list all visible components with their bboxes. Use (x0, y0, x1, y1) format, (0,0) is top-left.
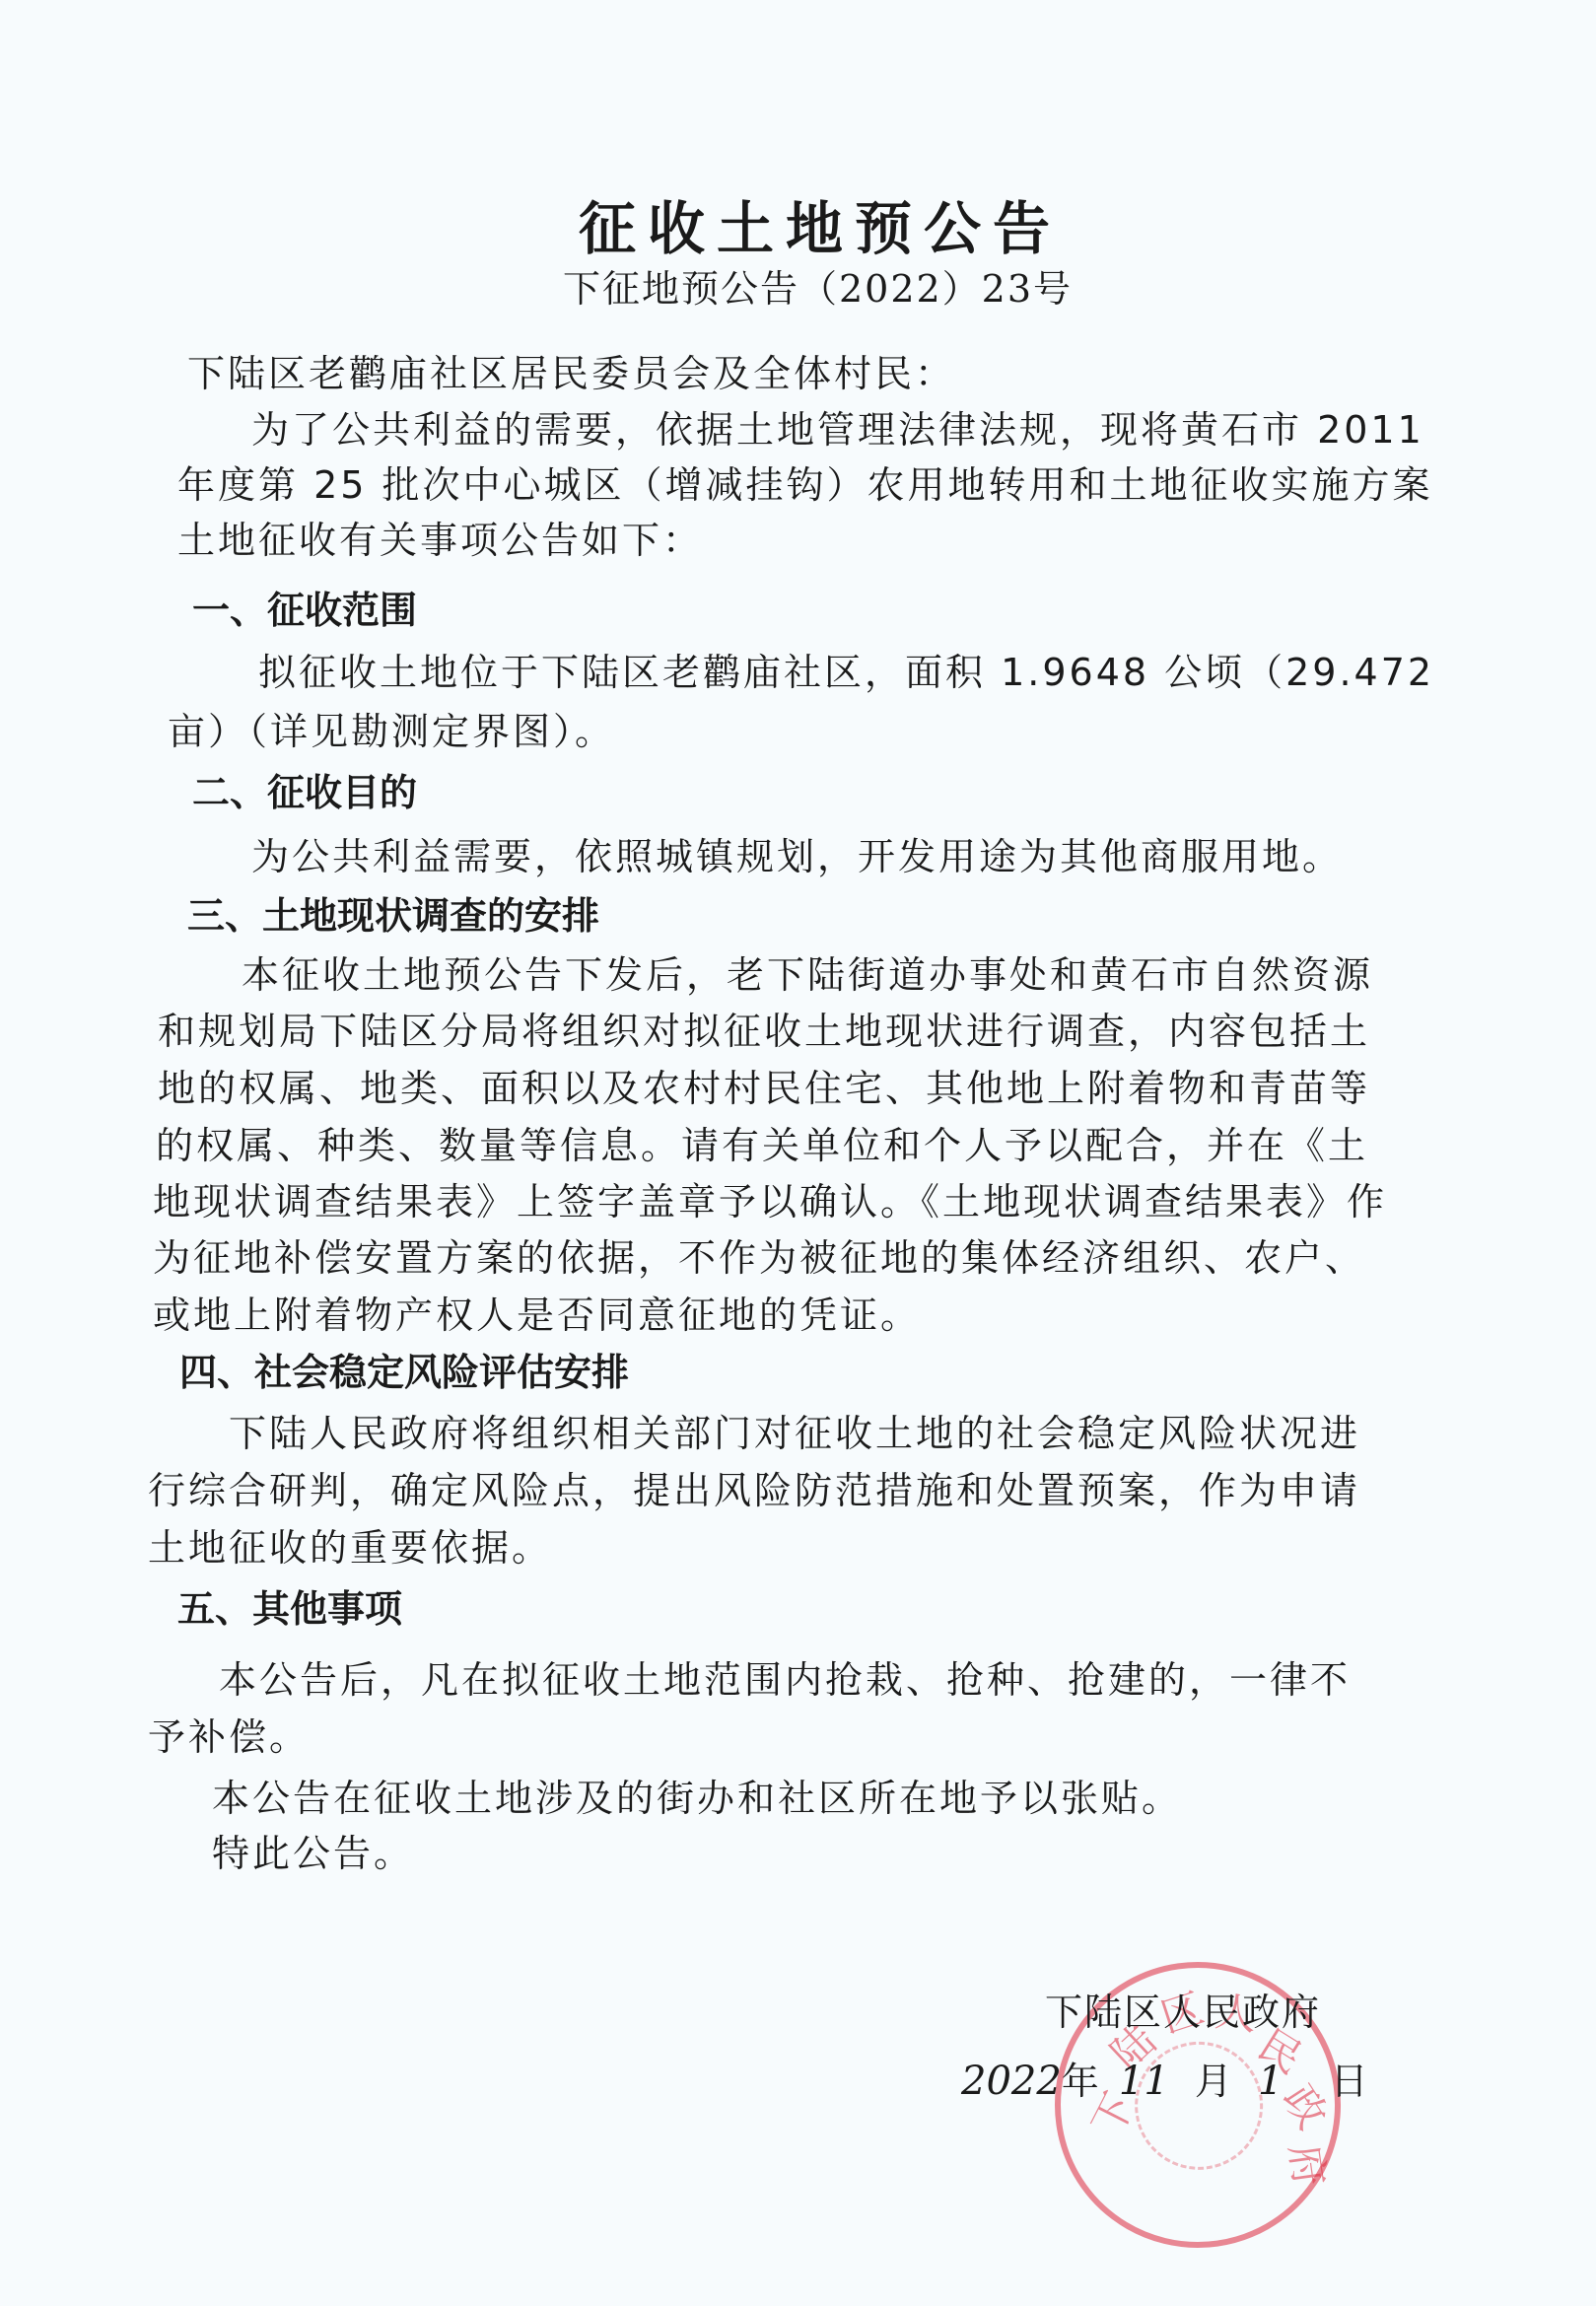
section-heading-purpose: 二、征收目的 (192, 769, 417, 816)
section-line: 本征收土地预公告下发后，老下陆街道办事处和黄石市自然资源 (242, 951, 1373, 999)
section-line: 地现状调查结果表》上签字盖章予以确认。《土地现状调查结果表》作 (153, 1178, 1387, 1225)
section-heading-survey: 三、土地现状调查的安排 (187, 892, 599, 940)
section-line: 和规划局下陆区分局将组织对拟征收土地现状进行调查，内容包括土 (158, 1008, 1370, 1055)
section-line: 地的权属、地类、面积以及农村村民住宅、其他地上附着物和青苗等 (158, 1065, 1370, 1112)
section-line: 为征地补偿安置方案的依据，不作为被征地的集体经济组织、农户、 (153, 1234, 1365, 1282)
section-line: 下陆人民政府将组织相关部门对征收土地的社会稳定风险状况进 (229, 1410, 1360, 1457)
section-line: 予补偿。 (148, 1713, 310, 1761)
document-title: 征收土地预公告 (0, 182, 1596, 265)
date-month: 11 (1119, 2059, 1169, 2104)
section-line: 为公共利益需要，依照城镇规划，开发用途为其他商服用地。 (251, 833, 1343, 880)
seal-char: 府 (1278, 2140, 1342, 2190)
intro-line: 年度第 25 批次中心城区（增减挂钩）农用地转用和土地征收实施方案 (177, 461, 1433, 509)
section-heading-risk: 四、社会稳定风险评估安排 (179, 1349, 629, 1396)
date-day: 1 (1258, 2059, 1283, 2104)
document-number: 下征地预公告（2022）23号 (0, 258, 1596, 313)
date-day-label: 日 (1331, 2060, 1368, 2103)
addressee: 下陆区老鹳庙社区居民委员会及全体村民： (187, 350, 955, 397)
notice-document: 征收土地预公告 下征地预公告（2022）23号 下陆区老鹳庙社区居民委员会及全体… (0, 0, 1596, 2306)
section-line: 拟征收土地位于下陆区老鹳庙社区，面积 1.9648 公顷（29.472 (258, 649, 1434, 696)
intro-line: 为了公共利益的需要，依据土地管理法律法规，现将黄石市 2011 (251, 406, 1424, 454)
section-heading-other: 五、其他事项 (177, 1585, 402, 1633)
issue-date: 2022年 11 月 1 日 (961, 2051, 1368, 2105)
section-line: 或地上附着物产权人是否同意征地的凭证。 (153, 1292, 921, 1339)
section-line: 的权属、种类、数量等信息。请有关单位和个人予以配合，并在《土 (156, 1122, 1368, 1169)
section-heading-scope: 一、征收范围 (192, 587, 417, 634)
date-month-label: 月 (1195, 2060, 1232, 2103)
date-year: 2022 (961, 2059, 1062, 2104)
closing-line: 本公告在征收土地涉及的街办和社区所在地予以张贴。 (212, 1775, 1182, 1822)
issuer-name: 下陆区人民政府 (1045, 1982, 1321, 2036)
section-line: 亩）（详见勘测定界图）。 (168, 708, 615, 755)
section-line: 本公告后，凡在拟征收土地范围内抢栽、抢种、抢建的，一律不 (219, 1656, 1351, 1704)
date-year-label: 年 (1062, 2060, 1099, 2103)
intro-line: 土地征收有关事项公告如下： (177, 517, 703, 564)
closing-line: 特此公告。 (212, 1830, 414, 1877)
section-line: 土地征收的重要依据。 (148, 1524, 552, 1572)
section-line: 行综合研判，确定风险点，提出风险防范措施和处置预案，作为申请 (148, 1467, 1360, 1514)
